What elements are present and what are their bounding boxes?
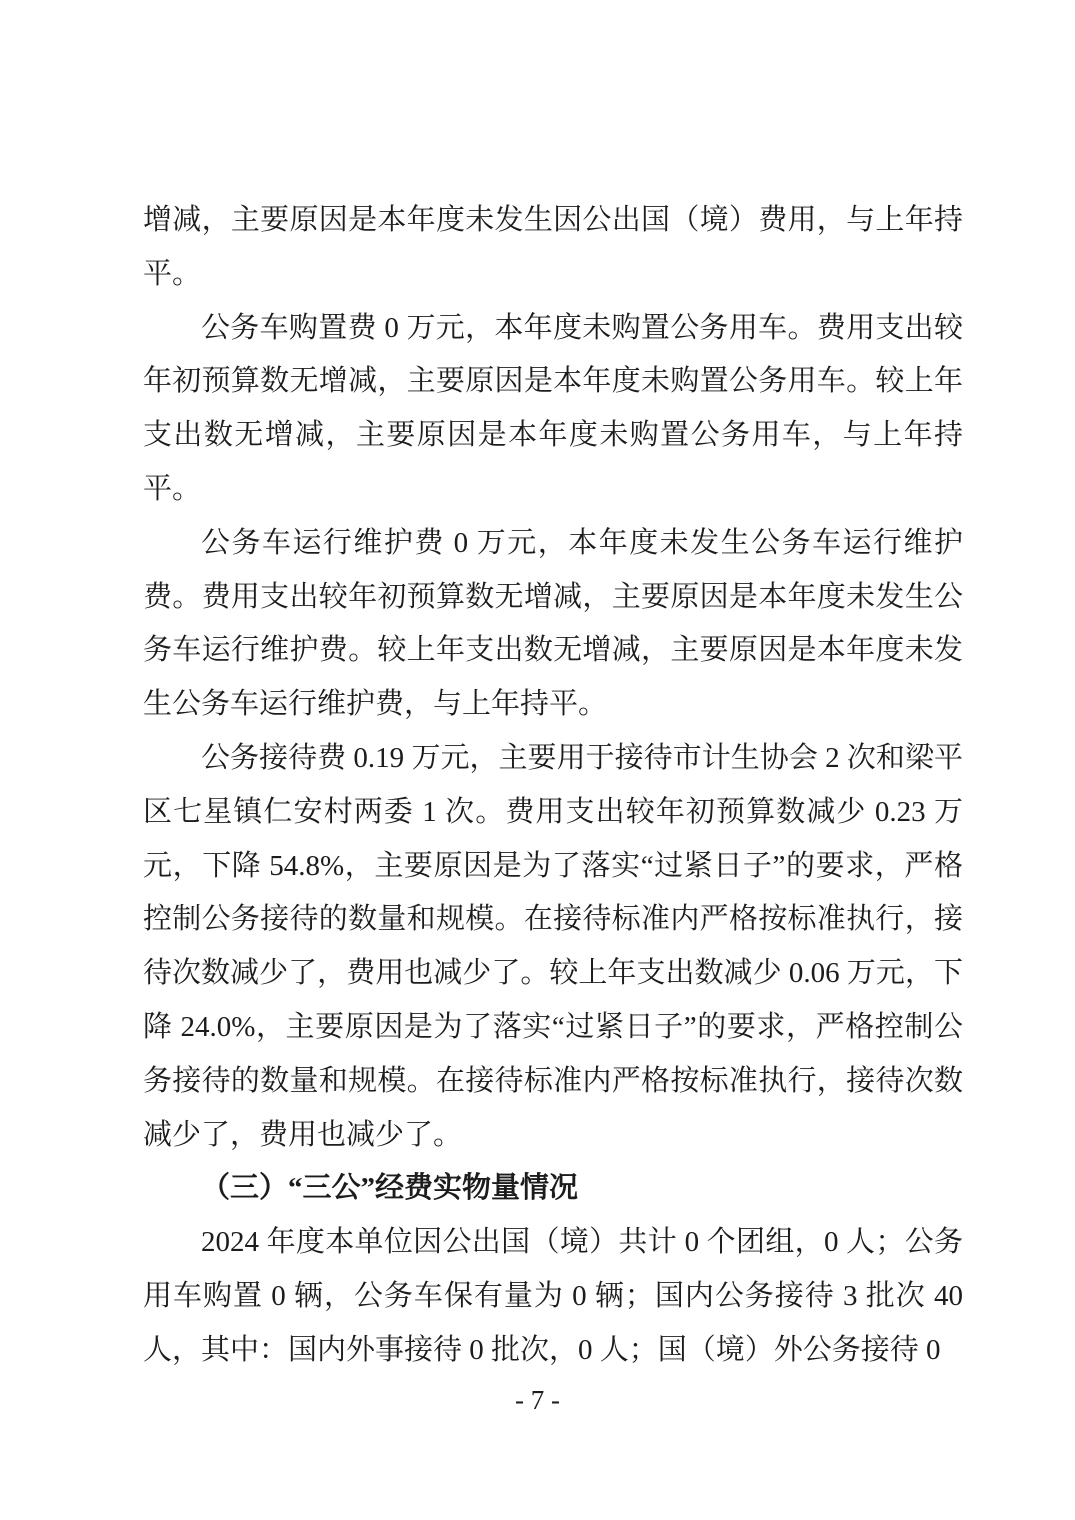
paragraph: 公务车运行维护费 0 万元，本年度未发生公务车运行维护费。费用支出较年初预算数无… xyxy=(143,517,963,732)
paragraph: 2024 年度本单位因公出国（境）共计 0 个团组，0 人；公务用车购置 0 辆… xyxy=(143,1216,963,1377)
paragraph: 增减，主要原因是本年度未发生因公出国（境）费用，与上年持平。 xyxy=(143,194,963,302)
page-number: - 7 - xyxy=(0,1384,1075,1416)
document-page: 增减，主要原因是本年度未发生因公出国（境）费用，与上年持平。公务车购置费 0 万… xyxy=(0,0,1075,1520)
section-heading: （三）“三公”经费实物量情况 xyxy=(143,1162,963,1216)
paragraph: 公务接待费 0.19 万元，主要用于接待市计生协会 2 次和梁平区七星镇仁安村两… xyxy=(143,732,963,1162)
document-body: 增减，主要原因是本年度未发生因公出国（境）费用，与上年持平。公务车购置费 0 万… xyxy=(143,194,963,1378)
paragraph: 公务车购置费 0 万元，本年度未购置公务用车。费用支出较年初预算数无增减，主要原… xyxy=(143,302,963,517)
